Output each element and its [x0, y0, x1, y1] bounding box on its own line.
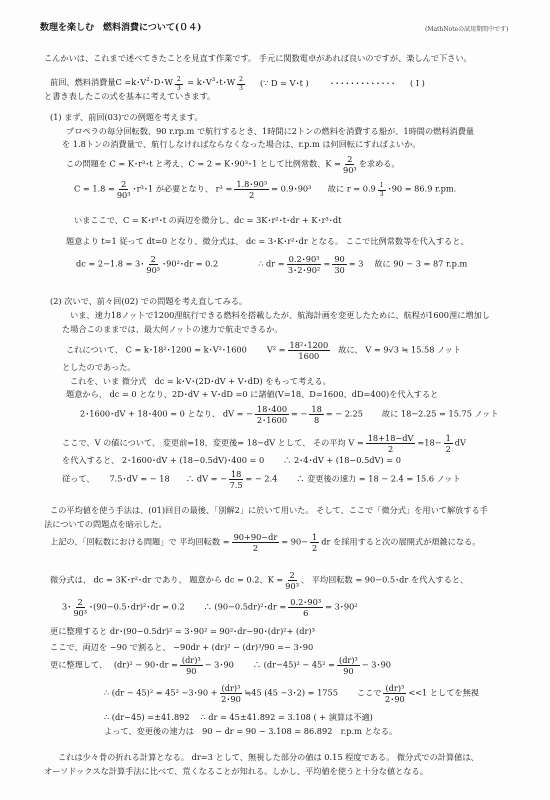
equation-line: 題意より t=1 従って dt=0 となり、微分式は、 dc = 3･K･r²･…: [66, 237, 469, 245]
paragraph: これは少々骨の折れる計算となる。 dr=3 として、無視した部分の値は 0.15…: [58, 753, 479, 761]
equation-line: 2･1600･dV + 18･400 = 0 となり、 dV = −18･400…: [80, 405, 499, 424]
dot-leader: ･････････････: [330, 79, 396, 87]
equation-line: これについて、 C = k･18²･1200 = k･V²･1600V² =18…: [66, 341, 461, 360]
equation-line: ここで、V の値について、 変更前=18、変更後= 18−dV として、 その平…: [62, 434, 466, 453]
equation-line: 更に整理して、 (dr)² − 90･dr =(dr)³90− 3･90 ∴ (…: [50, 656, 391, 675]
fraction: 187.5: [229, 470, 243, 489]
intro-text: と書き表したこの式を基本に考えていきます。: [44, 92, 215, 100]
paragraph: 法についての問題点を暗示した。: [44, 520, 167, 528]
equation-line: dc = 2−1.8 = 3･290³･90²･dr = 0.2∴ dr =0.…: [76, 255, 467, 274]
equation-line: 従って、 7.5･dV = − 18 ∴ dV = −187.5= − 2.4 …: [62, 470, 461, 489]
equation-line: ここで、両辺を −90 で割ると、 −90dr + (dr)² − (dr)³/…: [50, 643, 313, 651]
fraction: (dr)³2･90: [383, 684, 406, 703]
because-note: (∵ D = V･t ): [260, 79, 309, 87]
page-title: 数理を楽しむ 燃料消費について(０４): [40, 24, 201, 33]
fraction: 0.2･90³6: [288, 598, 323, 617]
trial-note: (MathNoteの試用期間中です): [425, 27, 509, 33]
equation-line: C = 1.8 =290³･r³･1 が必要となり、 r³ =1.8･90³2=…: [74, 180, 456, 199]
exponent-fraction: 23: [237, 77, 245, 92]
section-heading: (2) 次いで、前々回(02) での問題を考え直してみる。: [50, 297, 247, 305]
paragraph: を 1.8トンの消費量で、航行しなければならなくなった場合は、r.p.m は何回…: [62, 140, 421, 148]
intro-text: こんかいは、これまで述べてきたことを見直す作業です。 手元に関数電卓があれば良い…: [44, 54, 472, 62]
section-heading: (1) まず、前回(03)での例題を考えます。: [50, 113, 203, 121]
paragraph: としたのであった。: [62, 363, 136, 371]
paragraph: いま、速力18ノットで1200浬航行できる燃料を搭載したが、航海計画を変更したた…: [70, 311, 490, 319]
fraction: 290³: [146, 255, 160, 274]
paragraph: この平均値を使う手法は、(01)回目の最後、「別解2」に於いて用いた。 そして、…: [50, 506, 488, 514]
fraction: 18²･12001600: [288, 341, 331, 360]
equation-line: 更に整理すると dr･(90−0.5dr)² = 3･90² = 90²･dr−…: [50, 627, 315, 635]
equation-line: 3･290³･(90−0.5･dr)²･dr = 0.2 ∴ (90−0.5dr…: [62, 598, 358, 617]
formula-text: 前回、燃料消費量C =k･V: [50, 77, 146, 87]
formula-I: 前回、燃料消費量C =k･V2･D･W23 = k･V3･t･W23: [50, 77, 247, 92]
exponent-fraction: 13: [378, 183, 386, 198]
fraction: 9030: [332, 255, 346, 274]
equation-line: 題意から、 dc = 0 となり、2D･dV + V･dD =0 に諸値(V=1…: [66, 390, 438, 398]
fraction: (dr)³2･90: [220, 684, 243, 703]
fraction: (dr)³90: [337, 656, 360, 675]
fraction: 290³: [285, 571, 299, 590]
equation-line: いまここで、C = K･r³･t の両辺を微分し、dc = 3K･r²･t･dr…: [74, 216, 341, 224]
equation-line: 上記の、「回転数における問題」で 平均回転数 =90+90−dr2= 90−12…: [50, 533, 480, 552]
fraction: 290³: [73, 598, 87, 617]
equation-label: ( I ): [410, 79, 425, 87]
fraction: 90+90−dr2: [232, 533, 280, 552]
fraction: 18+18−dV2: [366, 434, 416, 453]
equation-line: を代入すると、 2･1600･dV + (18−0.5dV)･400 = 0 ∴…: [62, 456, 401, 464]
fraction: 12: [444, 434, 453, 453]
equation-line: ∴ (dr−45) =±41.892 ∴ dr = 45±41.892 = 3.…: [104, 713, 373, 721]
equation-line: ∴ (dr − 45)² = 45² −3･90 +(dr)³2･90≒45 (…: [104, 684, 479, 703]
fraction: (dr)³90: [180, 656, 203, 675]
paragraph: た場合このままでは、最大何ノットの速力で航走できるか。: [62, 325, 283, 333]
fraction: 290³: [343, 155, 357, 174]
equation-line: これを、いま 微分式 dc = k･V･(2D･dV + V･dD) をもって考…: [70, 377, 331, 385]
equation-line: 微分式は、 dc = 3K･r²･dr であり、 題意から dc = 0.2、K…: [50, 571, 468, 590]
equation-line: この問題を C = K･r³･t と考え、C = 2 = K･90³･1 として…: [66, 155, 400, 174]
fraction: 12: [310, 533, 319, 552]
fraction: 188: [309, 405, 323, 424]
paragraph: プロペラの毎分回転数、90 r.rp.m で航行するとき、1時間に2トンの燃料を…: [66, 127, 474, 135]
fraction: 18･4002･1600: [255, 405, 289, 424]
equation-line: よって、変更後の速力は 90 − dr = 90 − 3.108 = 86.89…: [104, 727, 397, 735]
fraction: 1.8･90³2: [234, 180, 269, 199]
exponent-fraction: 23: [175, 77, 183, 92]
fraction: 290³: [117, 180, 131, 199]
fraction: 0.2･90³3･2･90²: [287, 255, 322, 274]
paragraph: オーソドックスな計算手法に比べて、荒くなることが知れる。しかし、平均値を使うと十…: [44, 767, 428, 775]
